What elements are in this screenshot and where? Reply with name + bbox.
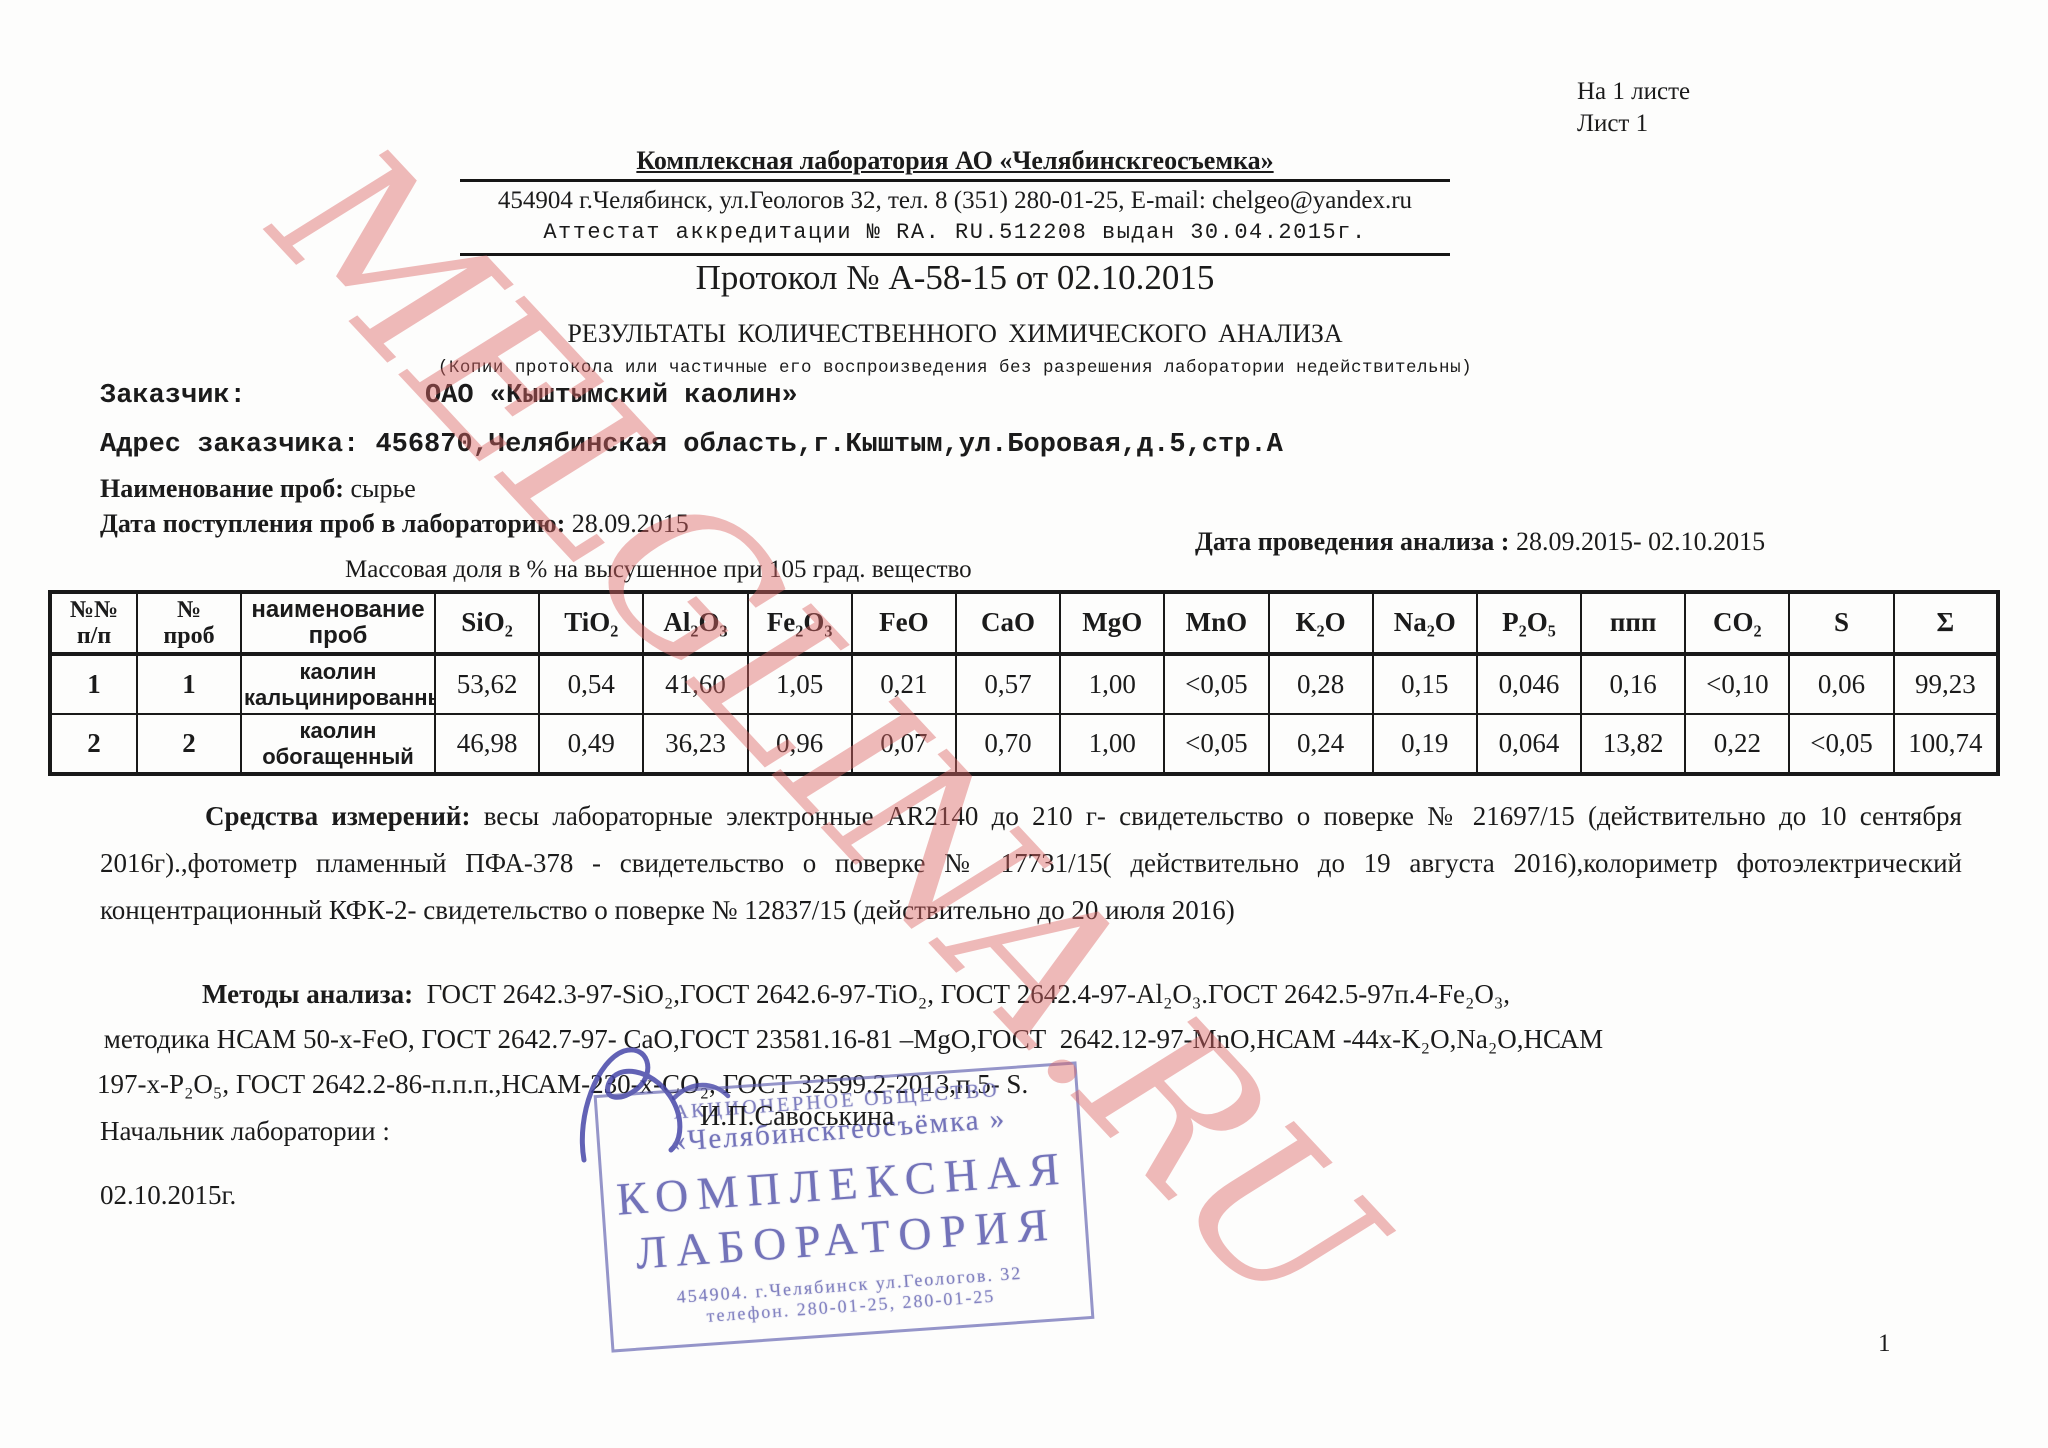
measurements-paragraph: Средства измерений: весы лабораторные эл…: [100, 793, 1962, 934]
column-header: S: [1789, 592, 1893, 654]
lab-address: 454904 г.Челябинск, ул.Геологов 32, тел.…: [498, 187, 1212, 214]
value-cell: 100,74: [1894, 714, 1998, 774]
chief-title: Начальник лаборатории :: [100, 1116, 390, 1147]
value-cell: 0,21: [852, 654, 956, 714]
column-header: K₂O: [1269, 592, 1373, 654]
scanned-protocol-page: MELGLINA.RU На 1 листе Лист 1 Комплексна…: [0, 0, 2048, 1448]
value-cell: <0,05: [1164, 714, 1268, 774]
column-header: ппп: [1581, 592, 1685, 654]
lab-name: Комплексная лаборатория АО «Челябинскгео…: [460, 146, 1450, 182]
value-cell: 13,82: [1581, 714, 1685, 774]
client-value: ОАО «Кыштымский каолин»: [425, 381, 798, 411]
client-address-line: Адрес заказчика: 456870,Челябинская обла…: [100, 430, 1283, 460]
sheet-count: На 1 листе: [1577, 76, 1690, 108]
analysis-date-value: 28.09.2015- 02.10.2015: [1509, 527, 1765, 556]
column-header: № проб: [137, 592, 241, 654]
sheet-number: Лист 1: [1577, 108, 1690, 140]
column-header: TiO₂: [539, 592, 643, 654]
column-header: Al₂O₃: [643, 592, 747, 654]
value-cell: 0,96: [748, 714, 852, 774]
samples-value: сырье: [344, 474, 416, 503]
received-label: Дата поступления проб в лабораторию:: [100, 509, 565, 538]
samples-label: Наименование проб:: [100, 474, 344, 503]
value-cell: 99,23: [1894, 654, 1998, 714]
column-header: наименование проб: [241, 592, 435, 654]
value-cell: 0,70: [956, 714, 1060, 774]
value-cell: 1: [137, 654, 241, 714]
value-cell: 2: [137, 714, 241, 774]
client-address-value: 456870,Челябинская область,г.Кыштым,ул.Б…: [359, 430, 1283, 460]
column-header: MnO: [1164, 592, 1268, 654]
chief-name: И.П.Савоськина: [700, 1101, 894, 1133]
column-header: SiO₂: [435, 592, 539, 654]
value-cell: 0,54: [539, 654, 643, 714]
column-header: Na₂O: [1373, 592, 1477, 654]
value-cell: 1,00: [1060, 714, 1164, 774]
lab-email-link: chelgeo@yandex.ru: [1212, 187, 1412, 214]
value-cell: 0,07: [852, 714, 956, 774]
received-value: 28.09.2015: [565, 509, 689, 538]
header-row: №№ п/п№ пробнаименование пробSiO₂TiO₂Al₂…: [50, 592, 1998, 654]
value-cell: 0,064: [1477, 714, 1581, 774]
lab-address-line: 454904 г.Челябинск, ул.Геологов 32, тел.…: [460, 187, 1450, 215]
value-cell: 0,046: [1477, 654, 1581, 714]
document-date: 02.10.2015г.: [100, 1180, 236, 1211]
value-cell: 0,16: [1581, 654, 1685, 714]
value-cell: 0,24: [1269, 714, 1373, 774]
sample-name-cell: каолин кальцинированный: [241, 654, 435, 714]
protocol-title: Протокол № А-58-15 от 02.10.2015: [330, 258, 1580, 298]
results-table: №№ п/п№ пробнаименование пробSiO₂TiO₂Al₂…: [48, 590, 2000, 776]
column-header: MgO: [1060, 592, 1164, 654]
samples-received-line: Дата поступления проб в лабораторию: 28.…: [100, 509, 689, 539]
title-block: Протокол № А-58-15 от 02.10.2015 РЕЗУЛЬТ…: [330, 258, 1580, 378]
client-line: Заказчик:ОАО «Кыштымский каолин»: [100, 381, 798, 411]
results-table-body: 11каолин кальцинированный53,620,5441,601…: [50, 654, 1998, 774]
column-header: P₂O₅: [1477, 592, 1581, 654]
column-header: №№ п/п: [50, 592, 137, 654]
table-row: 22каолин обогащенный46,980,4936,230,960,…: [50, 714, 1998, 774]
value-cell: 1: [50, 654, 137, 714]
organization-header: Комплексная лаборатория АО «Челябинскгео…: [460, 146, 1450, 256]
column-header: FeO: [852, 592, 956, 654]
column-header: Fe₂O₃: [748, 592, 852, 654]
client-label: Заказчик:: [100, 381, 425, 411]
value-cell: 0,22: [1685, 714, 1789, 774]
value-cell: 0,19: [1373, 714, 1477, 774]
protocol-subtitle: РЕЗУЛЬТАТЫ КОЛИЧЕСТВЕННОГО ХИМИЧЕСКОГО А…: [330, 319, 1580, 349]
value-cell: 46,98: [435, 714, 539, 774]
page-number: 1: [1878, 1330, 1891, 1358]
value-cell: 41,60: [643, 654, 747, 714]
value-cell: <0,05: [1164, 654, 1268, 714]
accreditation-line: Аттестат аккредитации № RA. RU.512208 вы…: [460, 220, 1450, 256]
client-address-label: Адрес заказчика:: [100, 430, 359, 460]
column-header: Σ: [1894, 592, 1998, 654]
results-table-head: №№ п/п№ пробнаименование пробSiO₂TiO₂Al₂…: [50, 592, 1998, 654]
value-cell: 0,06: [1789, 654, 1893, 714]
analysis-date-label: Дата проведения анализа :: [1195, 527, 1509, 556]
column-header: CaO: [956, 592, 1060, 654]
samples-line: Наименование проб: сырье: [100, 474, 416, 504]
protocol-note: (Копии протокола или частичные его воспр…: [330, 358, 1580, 378]
value-cell: 1,05: [748, 654, 852, 714]
value-cell: 36,23: [643, 714, 747, 774]
sheet-info: На 1 листе Лист 1: [1577, 76, 1690, 140]
analysis-date-line: Дата проведения анализа : 28.09.2015- 02…: [1195, 527, 1765, 557]
value-cell: <0,10: [1685, 654, 1789, 714]
value-cell: 0,28: [1269, 654, 1373, 714]
value-cell: 0,49: [539, 714, 643, 774]
value-cell: 0,57: [956, 654, 1060, 714]
value-cell: 1,00: [1060, 654, 1164, 714]
value-cell: <0,05: [1789, 714, 1893, 774]
column-header: CO₂: [1685, 592, 1789, 654]
table-caption: Массовая доля в % на высушенное при 105 …: [345, 556, 972, 584]
methods-label: Методы анализа:: [202, 979, 413, 1009]
table-row: 11каолин кальцинированный53,620,5441,601…: [50, 654, 1998, 714]
measurements-label: Средства измерений:: [205, 801, 470, 831]
value-cell: 53,62: [435, 654, 539, 714]
value-cell: 0,15: [1373, 654, 1477, 714]
value-cell: 2: [50, 714, 137, 774]
sample-name-cell: каолин обогащенный: [241, 714, 435, 774]
